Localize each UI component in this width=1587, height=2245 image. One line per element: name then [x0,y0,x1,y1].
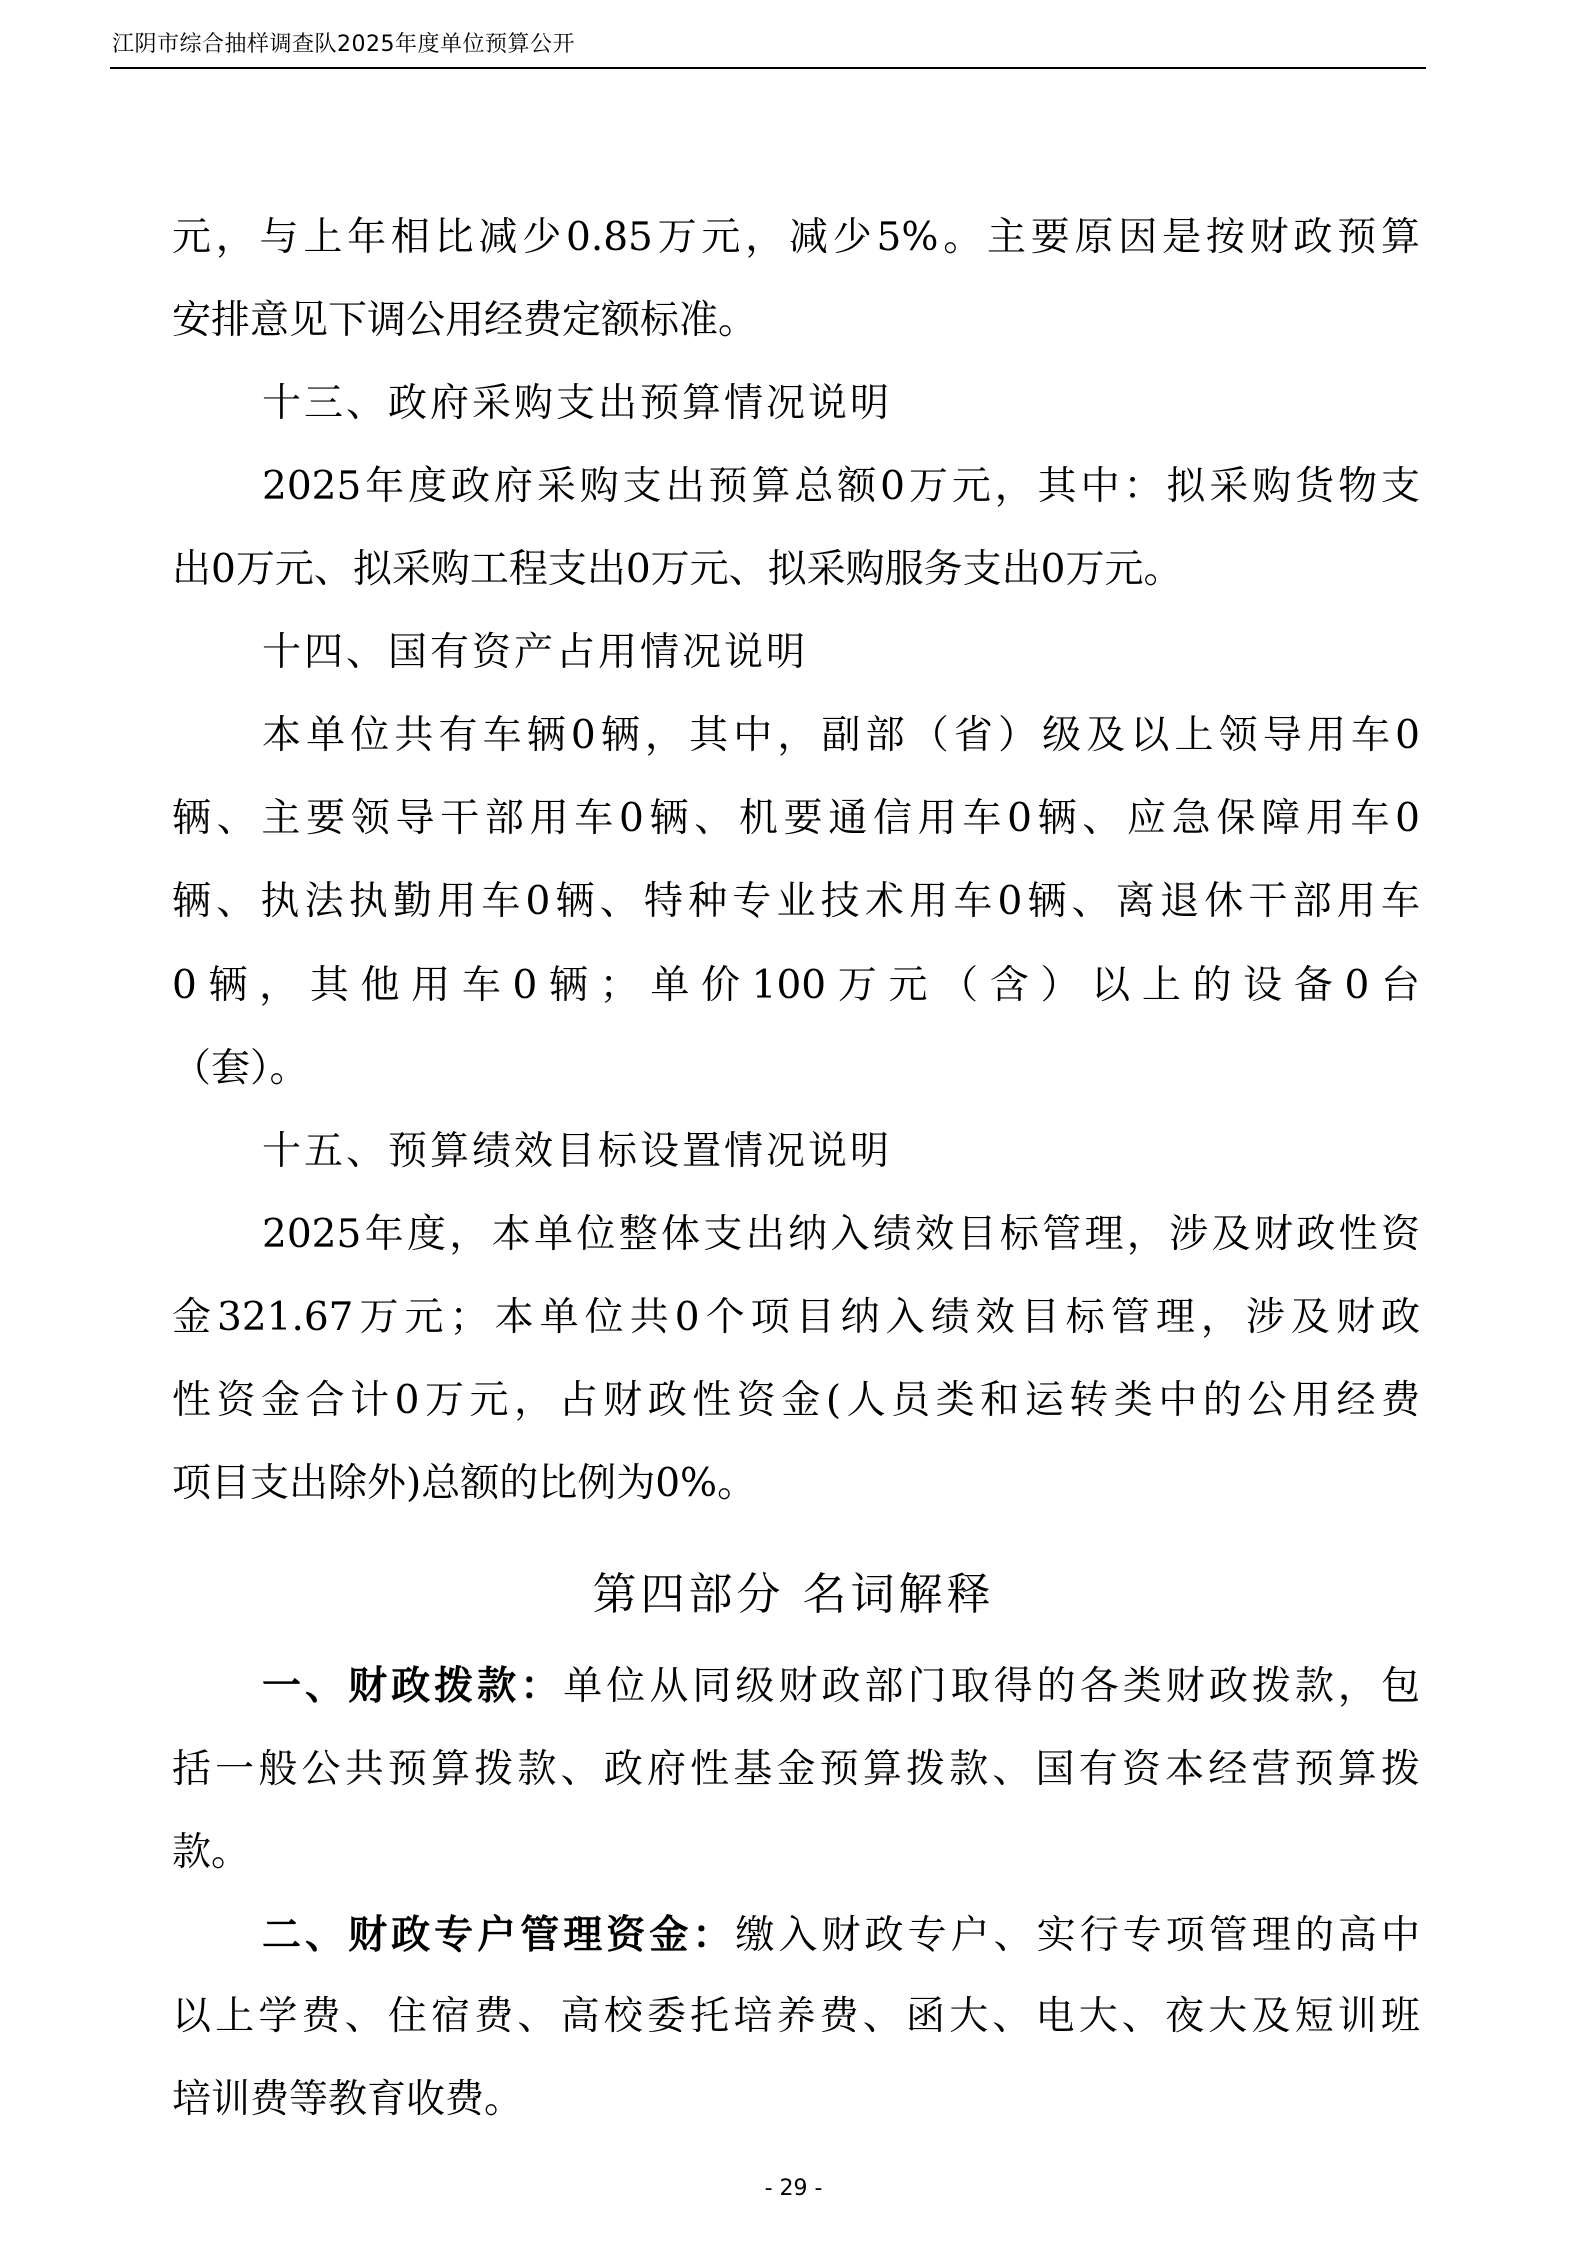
term-definition-line: 一、财政拨款：单位从同级财政部门取得的各类财政拨款，包 [262,1662,1420,1712]
paragraph-line: 出0万元、拟采购工程支出0万元、拟采购服务支出0万元。 [172,545,1420,595]
term-label: 二、财政专户管理资金： [262,1913,735,1958]
paragraph-line: 辆、执法执勤用车0辆、特种专业技术用车0辆、离退休干部用车 [172,877,1420,927]
header-divider [110,67,1426,69]
paragraph-line: 0辆，其他用车0辆；单价100万元（含）以上的设备0台 [172,961,1420,1011]
term-definition-line: 二、财政专户管理资金：缴入财政专户、实行专项管理的高中 [262,1911,1420,1961]
paragraph-line: 元，与上年相比减少0.85万元，减少5%。主要原因是按财政预算 [172,213,1420,263]
term-text: 缴入财政专户、实行专项管理的高中 [735,1913,1420,1958]
paragraph-line: 2025年度，本单位整体支出纳入绩效目标管理，涉及财政性资 [262,1210,1420,1260]
paragraph-line: 金321.67万元；本单位共0个项目纳入绩效目标管理，涉及财政 [172,1293,1420,1343]
paragraph-line: 款。 [172,1828,1420,1878]
paragraph-line: 辆、主要领导干部用车0辆、机要通信用车0辆、应急保障用车0 [172,794,1420,844]
paragraph-line: 安排意见下调公用经费定额标准。 [172,296,1420,346]
paragraph-line: 2025年度政府采购支出预算总额0万元，其中：拟采购货物支 [262,462,1420,512]
section-heading-14: 十四、国有资产占用情况说明 [262,628,808,678]
paragraph-line: 性资金合计0万元，占财政性资金(人员类和运转类中的公用经费 [172,1376,1420,1426]
term-text: 单位从同级财政部门取得的各类财政拨款，包 [563,1664,1420,1709]
paragraph-line: 本单位共有车辆0辆，其中，副部（省）级及以上领导用车0 [262,711,1420,761]
header-title: 江阴市综合抽样调查队2025年度单位预算公开 [112,30,575,60]
paragraph-line: 项目支出除外)总额的比例为0%。 [172,1459,1420,1509]
part-title: 第四部分 名词解释 [0,1567,1587,1623]
paragraph-line: 括一般公共预算拨款、政府性基金预算拨款、国有资本经营预算拨 [172,1745,1420,1795]
section-heading-13: 十三、政府采购支出预算情况说明 [262,379,892,429]
paragraph-line: 培训费等教育收费。 [172,2075,1420,2125]
section-heading-15: 十五、预算绩效目标设置情况说明 [262,1127,892,1177]
paragraph-line: （套）。 [172,1044,1420,1094]
paragraph-line: 以上学费、住宿费、高校委托培养费、函大、电大、夜大及短训班 [172,1992,1420,2042]
page-number: - 29 - [0,2174,1587,2204]
term-label: 一、财政拨款： [262,1664,563,1709]
